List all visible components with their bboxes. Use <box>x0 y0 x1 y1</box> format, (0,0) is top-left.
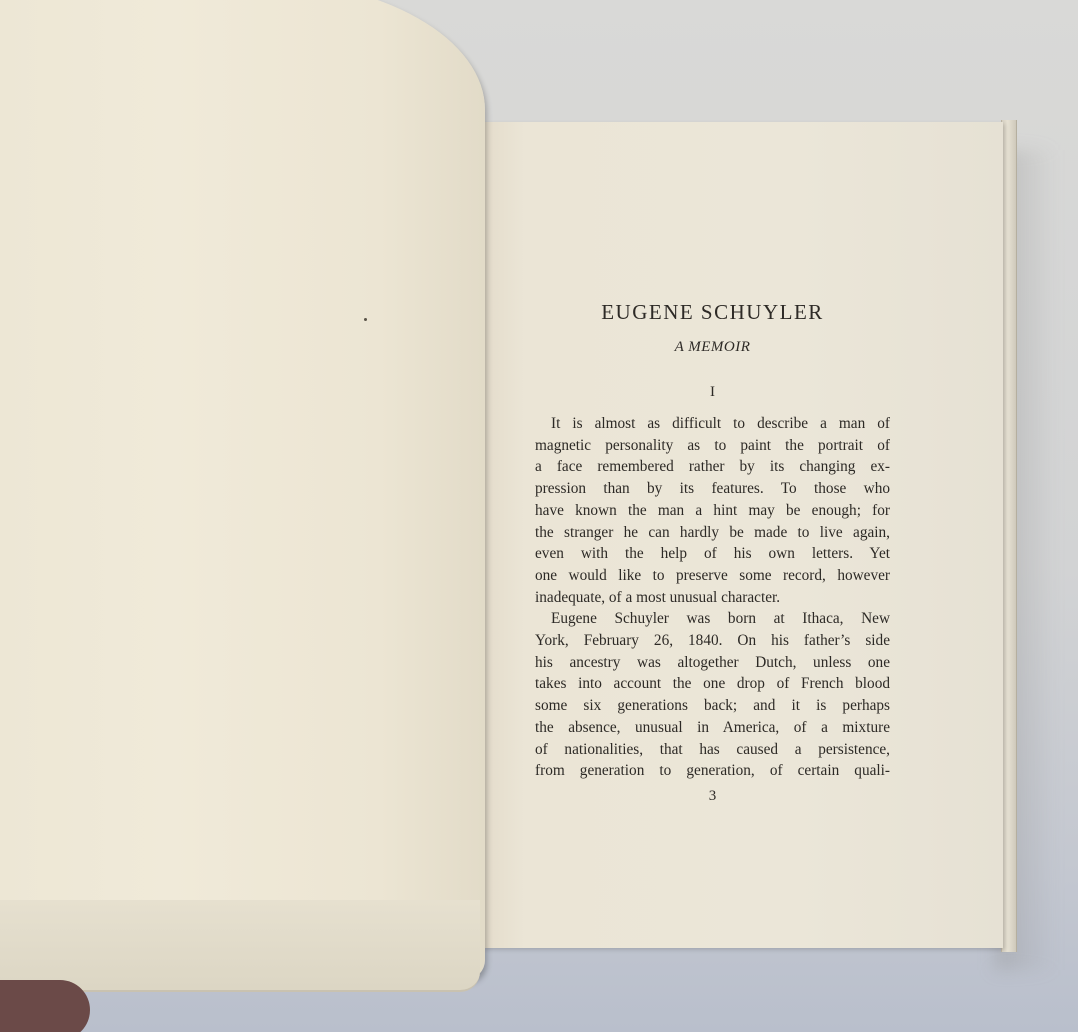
text-line: one would like to preserve some record, … <box>535 565 890 587</box>
memoir-text-block: EUGENE SCHUYLER A MEMOIR I It is almost … <box>535 300 890 805</box>
left-page-blank <box>0 0 485 980</box>
paragraph-1: It is almost as difficult to describe a … <box>535 413 890 608</box>
text-line: magnetic personality as to paint the por… <box>535 435 890 457</box>
section-number: I <box>535 384 890 401</box>
page-number: 3 <box>535 788 890 805</box>
text-line: have known the man a hint may be enough;… <box>535 500 890 522</box>
thumb-holding-page <box>0 980 90 1032</box>
text-line: York, February 26, 1840. On his father’s… <box>535 630 890 652</box>
page-title: EUGENE SCHUYLER <box>535 300 890 325</box>
text-line: inadequate, of a most unusual character. <box>535 587 890 609</box>
text-line: a face remembered rather by its changing… <box>535 456 890 478</box>
paper-speck <box>364 318 367 321</box>
text-line: It is almost as difficult to describe a … <box>535 413 890 435</box>
text-line: from generation to generation, of certai… <box>535 760 890 782</box>
text-line: Eugene Schuyler was born at Ithaca, New <box>535 608 890 630</box>
page-subtitle: A MEMOIR <box>535 339 890 356</box>
text-line: even with the help of his own letters. Y… <box>535 543 890 565</box>
text-line: the stranger he can hardly be made to li… <box>535 522 890 544</box>
text-line: some six generations back; and it is per… <box>535 695 890 717</box>
page-block-edge <box>1001 120 1017 952</box>
text-line: pression than by its features. To those … <box>535 478 890 500</box>
text-line: of nationalities, that has caused a pers… <box>535 739 890 761</box>
left-page-curl <box>0 900 480 992</box>
paragraph-2: Eugene Schuyler was born at Ithaca, New … <box>535 608 890 782</box>
text-line: takes into account the one drop of Frenc… <box>535 673 890 695</box>
text-line: his ancestry was altogether Dutch, unles… <box>535 652 890 674</box>
text-line: the absence, unusual in America, of a mi… <box>535 717 890 739</box>
